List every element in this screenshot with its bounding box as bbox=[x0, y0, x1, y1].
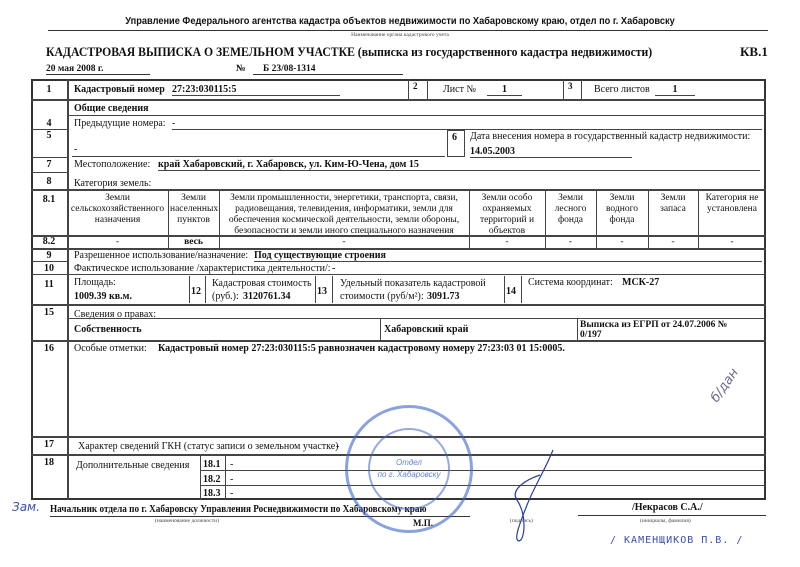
right-holder: Хабаровский край bbox=[384, 324, 468, 335]
specific-value-label: Удельный показатель кадастровой bbox=[340, 278, 486, 289]
row-number: 8 bbox=[31, 176, 67, 187]
land-category-value: - bbox=[67, 237, 168, 248]
divider bbox=[225, 454, 226, 500]
row-number: 13 bbox=[317, 286, 327, 297]
initials-mark: Зам. bbox=[12, 500, 40, 514]
document-date: 20 мая 2008 г. bbox=[46, 64, 150, 75]
right-document: Выписка из ЕГРП от 24.07.2006 № bbox=[580, 320, 727, 330]
cadastral-number-value: 27:23:030115:5 bbox=[172, 84, 340, 96]
divider bbox=[408, 79, 409, 99]
land-category-header: Земли водного фонда bbox=[598, 193, 646, 226]
divider bbox=[563, 79, 564, 99]
official-seal: Отдел по г. Хабаровску bbox=[345, 405, 473, 533]
row-number: 8.1 bbox=[31, 194, 67, 205]
land-category-header: Земли промышленности, энергетики, трансп… bbox=[221, 193, 467, 237]
land-category-value: весь bbox=[168, 237, 219, 248]
divider bbox=[380, 318, 381, 340]
document-number: Б 23/08-1314 bbox=[253, 64, 403, 75]
cadastral-value: 3120761.34 bbox=[243, 291, 291, 302]
row-number: 3 bbox=[568, 81, 573, 91]
document-number-label: № bbox=[236, 64, 246, 74]
special-notes-value: Кадастровый номер 27:23:030115:5 равнозн… bbox=[158, 343, 565, 354]
divider bbox=[31, 274, 766, 275]
sheet-number-label: Лист № bbox=[443, 84, 476, 95]
position-caption: (наименование должности) bbox=[155, 518, 219, 524]
previous-numbers-label: Предыдущие номера: bbox=[74, 118, 166, 129]
row-number: 6 bbox=[452, 132, 457, 143]
signatory-name: /Некрасов С.А./ bbox=[632, 502, 703, 513]
document-title: КАДАСТРОВАЯ ВЫПИСКА О ЗЕМЕЛЬНОМ УЧАСТКЕ … bbox=[46, 44, 652, 60]
sub-row-number: 18.2 bbox=[203, 474, 221, 485]
area-value: 1009.39 кв.м. bbox=[74, 291, 132, 302]
row-number: 5 bbox=[31, 130, 67, 141]
area-label: Площадь: bbox=[74, 277, 116, 288]
land-category-header: Земли запаса bbox=[650, 193, 696, 215]
divider bbox=[200, 470, 766, 471]
land-category-header: Земли сельскохозяйственного назначения bbox=[69, 193, 166, 226]
organization-caption: Наименование органа кадастрового учета bbox=[0, 32, 800, 38]
section-general-info: Общие сведения bbox=[74, 103, 149, 114]
row-number: 12 bbox=[191, 286, 201, 297]
permitted-use-value: Под существующие строения bbox=[254, 250, 762, 262]
record-status-label: Характер сведений ГКН (статус записи о з… bbox=[78, 441, 339, 452]
land-category-header: Земли особо охраняемых территорий и объе… bbox=[471, 193, 543, 237]
cadastral-value-label: Кадастровая стоимость bbox=[212, 278, 312, 289]
special-notes-label: Особые отметки: bbox=[74, 343, 147, 354]
seal-text: Отдел bbox=[348, 458, 470, 467]
specific-value: 3091.73 bbox=[427, 291, 460, 302]
row-number: 11 bbox=[31, 279, 67, 290]
row-number: 14 bbox=[506, 286, 516, 297]
divider bbox=[427, 79, 428, 99]
land-category-value: - bbox=[596, 237, 648, 248]
previous-numbers-value: - bbox=[172, 118, 762, 130]
divider bbox=[31, 189, 766, 191]
sheet-number-value: 1 bbox=[487, 84, 522, 96]
row-number: 1 bbox=[31, 84, 67, 95]
total-sheets-label: Всего листов bbox=[594, 84, 650, 95]
name-caption: (инициалы, фамилия) bbox=[640, 518, 691, 524]
additional-info-label: Дополнительные сведения bbox=[76, 460, 189, 471]
land-category-value: - bbox=[545, 237, 596, 248]
row-number: 16 bbox=[31, 343, 67, 354]
land-category-value: - bbox=[648, 237, 698, 248]
divider bbox=[31, 235, 766, 237]
sub-row-number: 18.3 bbox=[203, 488, 221, 499]
total-sheets-value: 1 bbox=[655, 84, 695, 96]
divider bbox=[596, 189, 597, 248]
sub-row-value: - bbox=[230, 459, 233, 470]
divider bbox=[168, 189, 169, 248]
divider bbox=[219, 189, 220, 248]
cadastral-value-label-unit: (руб.): bbox=[212, 291, 239, 302]
row-number: 8.2 bbox=[31, 236, 67, 247]
divider bbox=[200, 454, 201, 500]
specific-value-label-unit: стоимости (руб/м²): bbox=[340, 291, 424, 302]
sub-row-number: 18.1 bbox=[203, 459, 221, 470]
coordinate-system-value: МСК-27 bbox=[622, 277, 659, 288]
coordinate-system-label: Система координат: bbox=[528, 277, 613, 288]
divider bbox=[469, 189, 470, 248]
row-number: 4 bbox=[31, 118, 67, 129]
actual-use-label: Фактическое использование /характеристик… bbox=[74, 263, 331, 274]
divider bbox=[67, 318, 766, 319]
divider bbox=[31, 304, 766, 306]
right-document-number: 0/197 bbox=[580, 330, 602, 340]
divider bbox=[31, 261, 67, 262]
seal-text: по г. Хабаровску bbox=[348, 470, 470, 479]
seal-inner-ring bbox=[368, 428, 450, 510]
organization-name: Управление Федерального агентства кадаст… bbox=[48, 15, 752, 27]
divider bbox=[31, 99, 766, 101]
registration-date-label: Дата внесения номера в государственный к… bbox=[470, 131, 750, 142]
divider bbox=[698, 189, 699, 248]
location-label: Местоположение: bbox=[74, 159, 150, 170]
permitted-use-label: Разрешенное использование/назначение: bbox=[74, 250, 248, 261]
land-category-header: Земли лесного фонда bbox=[547, 193, 594, 226]
sub-row-value: - bbox=[230, 474, 233, 485]
location-value: край Хабаровский, г. Хабаровск, ул. Ким-… bbox=[158, 159, 760, 171]
divider bbox=[48, 30, 768, 31]
land-category-header: Земли населенных пунктов bbox=[170, 193, 217, 226]
signature-scribble bbox=[505, 445, 565, 545]
row5-value: - bbox=[74, 144, 77, 155]
stamped-name: / КАМЕНЩИКОВ П.В. / bbox=[610, 535, 743, 546]
registration-date-value: 14.05.2003 bbox=[470, 146, 632, 158]
divider bbox=[545, 189, 546, 248]
row-number: 7 bbox=[31, 159, 67, 170]
land-category-value: - bbox=[219, 237, 469, 248]
record-status-value: - bbox=[336, 441, 339, 452]
row-number: 2 bbox=[413, 81, 418, 91]
row-number: 10 bbox=[31, 263, 67, 274]
divider bbox=[67, 115, 766, 116]
land-category-value: - bbox=[469, 237, 545, 248]
form-code: КВ.1 bbox=[740, 44, 768, 60]
row-number: 9 bbox=[31, 250, 67, 261]
divider bbox=[72, 156, 445, 157]
divider bbox=[578, 515, 766, 516]
land-category-header: Категория не установлена bbox=[700, 193, 764, 215]
divider bbox=[648, 189, 649, 248]
row-number: 17 bbox=[31, 439, 67, 450]
divider bbox=[31, 157, 67, 158]
row-number: 18 bbox=[31, 457, 67, 468]
divider bbox=[581, 79, 582, 99]
divider bbox=[200, 485, 766, 486]
cadastral-number-label: Кадастровый номер bbox=[74, 84, 165, 95]
land-category-label: Категория земель: bbox=[74, 178, 151, 189]
divider bbox=[31, 340, 766, 342]
row-number: 15 bbox=[31, 307, 67, 318]
land-category-value: - bbox=[698, 237, 766, 248]
right-type: Собственность bbox=[74, 324, 142, 335]
sub-row-value: - bbox=[230, 488, 233, 499]
divider bbox=[31, 172, 67, 173]
divider bbox=[577, 318, 578, 340]
